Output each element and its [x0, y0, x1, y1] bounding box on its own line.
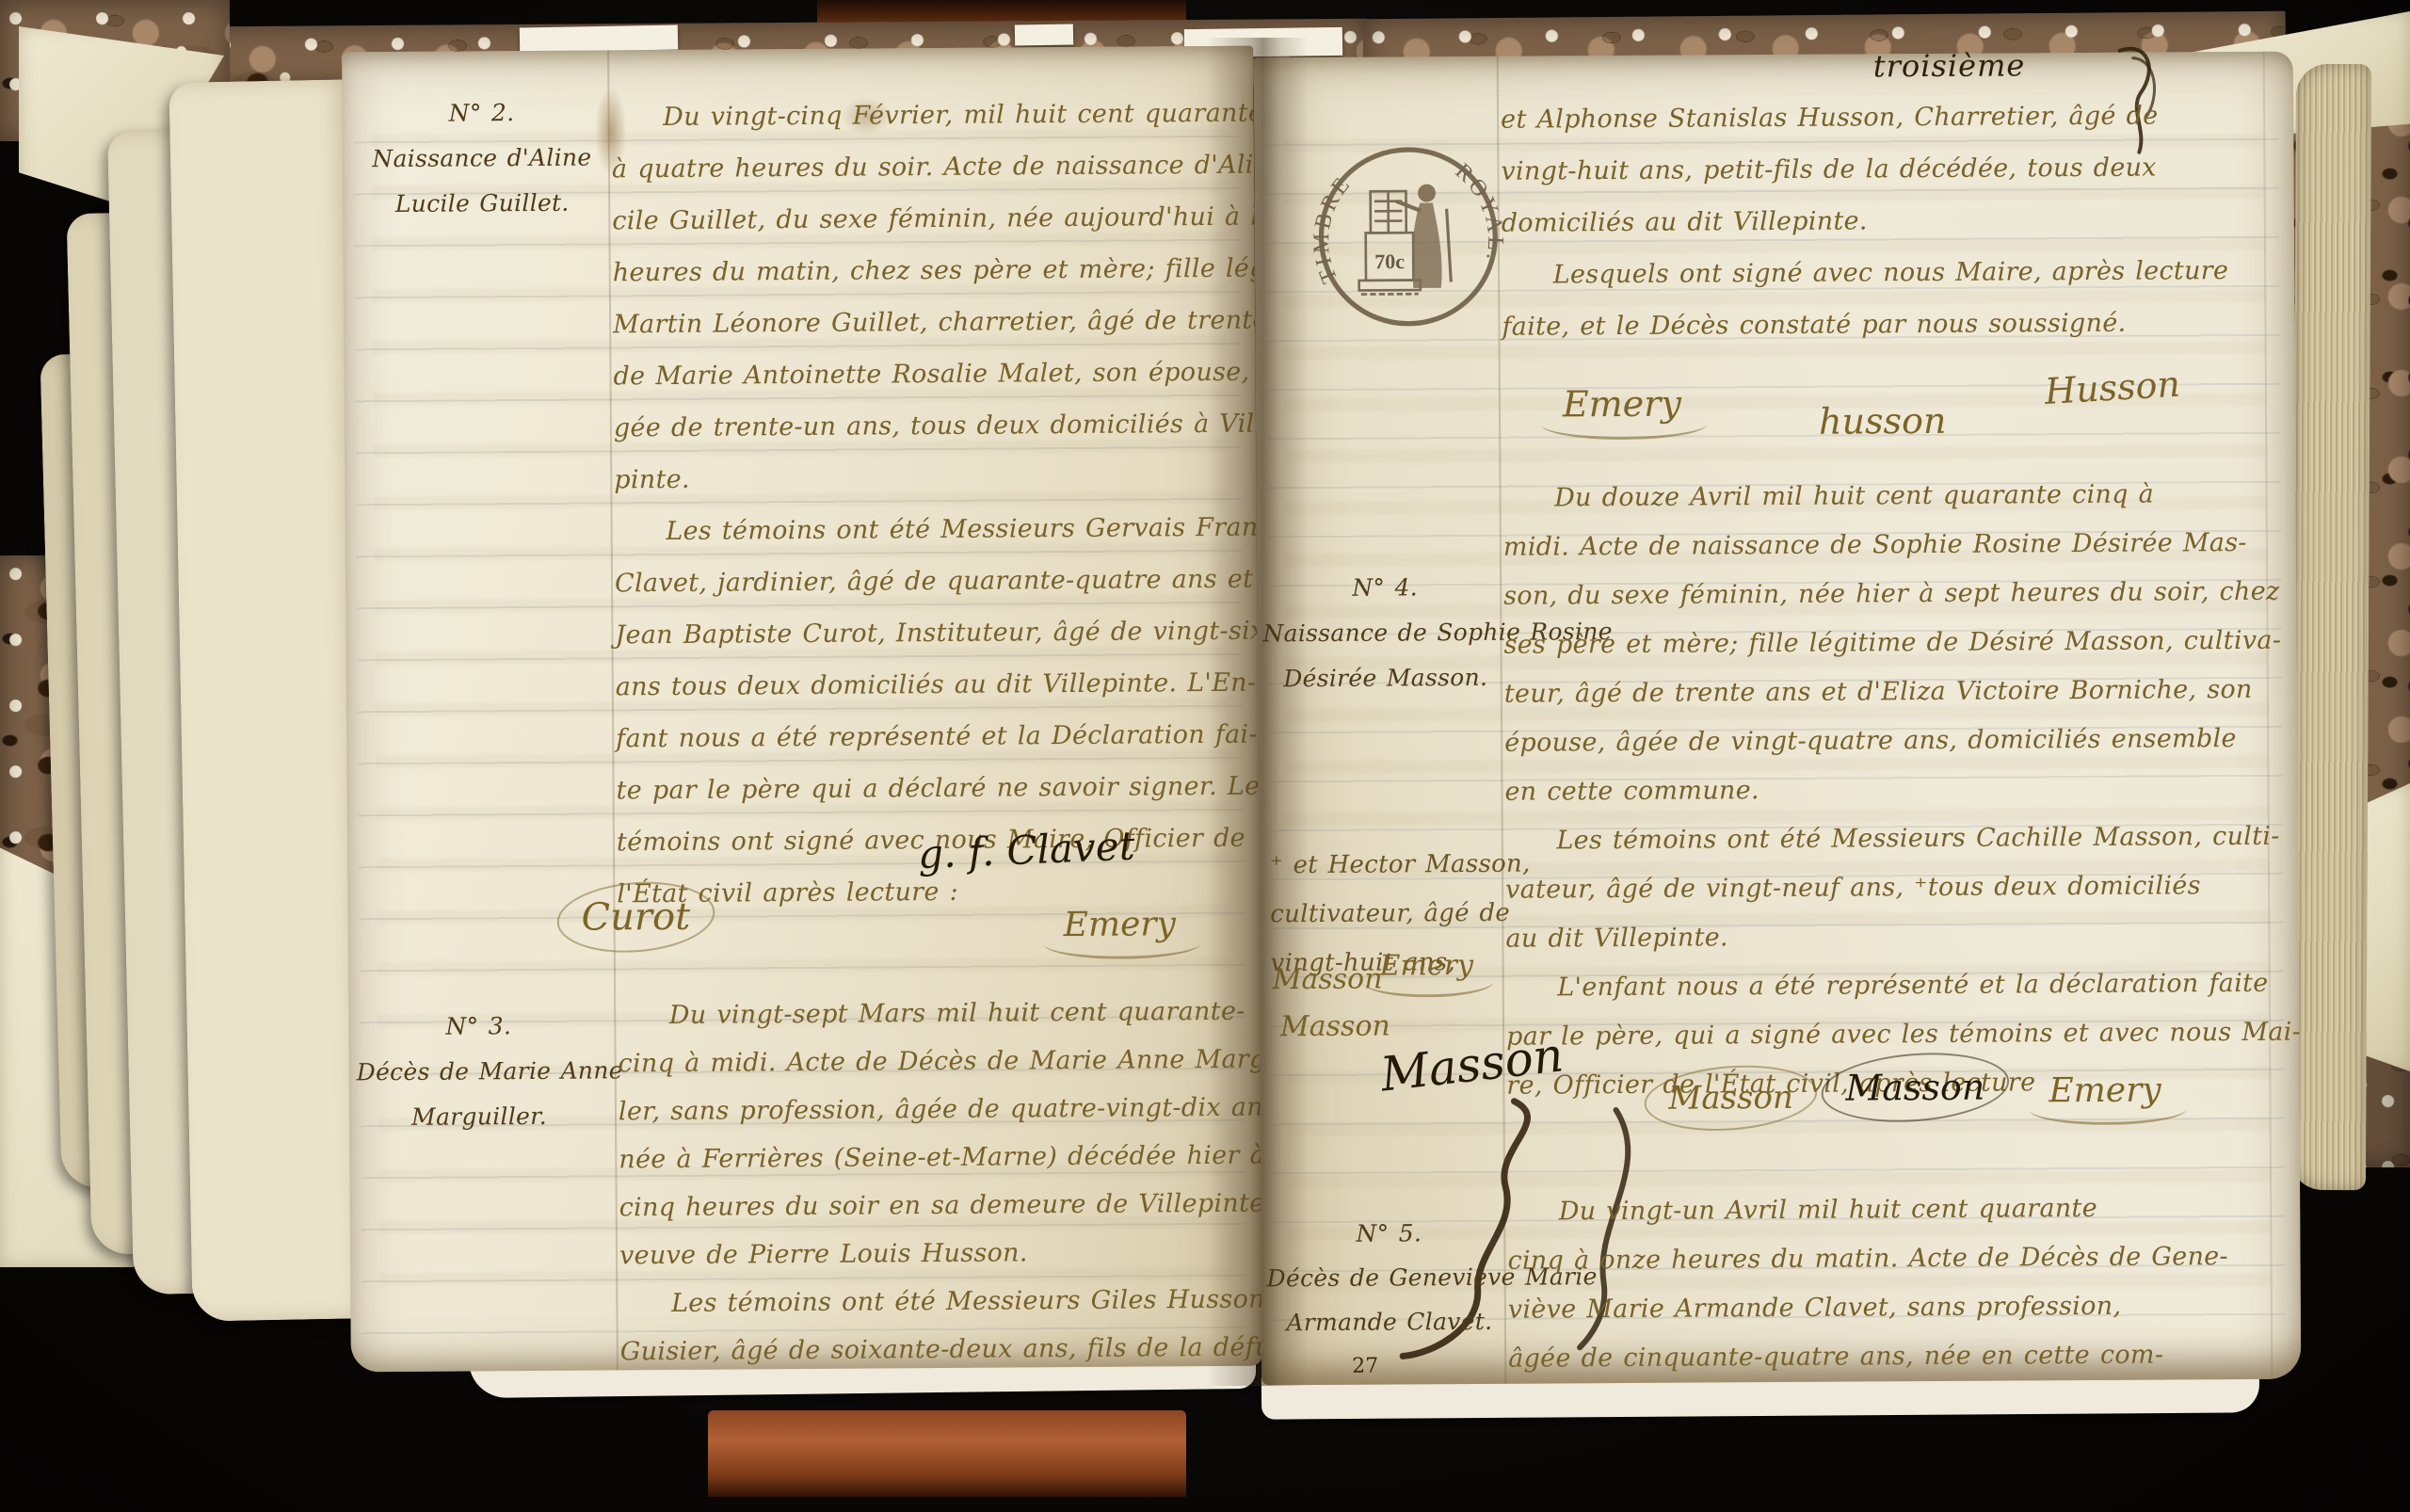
handwritten-line: Décès de Marie Anne	[357, 1048, 602, 1095]
act-record5-body: Du vingt-un Avril mil huit cent quarante…	[1507, 1183, 2261, 1384]
timbre-royal-stamp: TIMBRE ROYAL. 70c	[1309, 137, 1507, 336]
handwritten-line: L'enfant nous a été représenté et la déc…	[1506, 959, 2259, 1013]
handwritten-line: faite, et le Décès constaté par nous sou…	[1502, 297, 2255, 353]
signature-masson: Masson	[1668, 1079, 1793, 1118]
edge-crease	[2263, 52, 2273, 1379]
left-page: N° 2.Naissance d'AlineLucile Guillet. Du…	[342, 46, 1262, 1373]
signature-masson: Masson	[1845, 1067, 1984, 1109]
handwritten-line: Décès de Geneviève Marie	[1266, 1255, 1511, 1301]
handwritten-line: N° 2.	[359, 89, 603, 137]
handwritten-line: ler, sans profession, âgée de quatre-vin…	[619, 1084, 1240, 1136]
handwritten-line: Lucile Guillet.	[360, 180, 604, 227]
handwritten-line: cile Guillet, du sexe féminin, née aujou…	[612, 191, 1233, 248]
handwritten-line: âgée de cinquante-quatre ans, née en cet…	[1508, 1330, 2261, 1384]
handwritten-line: fant nous a été représenté et la Déclara…	[616, 709, 1237, 765]
handwritten-line: Lesquels ont signé avec nous Maire, aprè…	[1502, 245, 2255, 301]
signature-emery: Emery	[1563, 383, 1681, 426]
handwritten-line: Du vingt-un Avril mil huit cent quarante	[1507, 1183, 2260, 1237]
handwritten-line: Naissance de Sophie Rosine	[1262, 610, 1507, 657]
handwritten-line: son, du sexe féminin, née hier à sept he…	[1503, 568, 2257, 621]
handwritten-line: Marguiller.	[357, 1093, 602, 1140]
handwritten-line: ⁺ et Hector Masson,	[1270, 840, 1505, 891]
handwritten-line: ses père et mère; fille légitime de Dési…	[1503, 617, 2257, 670]
handwritten-line: et Alphonse Stanislas Husson, Charretier…	[1501, 89, 2254, 146]
handwritten-line: Guisier, âgé de soixante-deux ans, fils …	[620, 1324, 1242, 1376]
margin-note-record5: N° 5.Décès de Geneviève MarieArmande Cla…	[1266, 1211, 1512, 1345]
page-number: 27	[1352, 1355, 1378, 1378]
handwritten-line: née à Ferrières (Seine-et-Marne) décédée…	[619, 1132, 1240, 1184]
stamp-figure	[1358, 184, 1451, 294]
handwritten-line: Les témoins ont été Messieurs Giles Huss…	[619, 1276, 1241, 1328]
handwritten-line: Armande Clavet.	[1267, 1299, 1512, 1345]
handwritten-line: N° 3.	[356, 1004, 601, 1051]
margin-signature-masson: Masson	[1280, 1010, 1390, 1044]
handwritten-line: domiciliés au dit Villepinte.	[1502, 193, 2255, 249]
act-record2-body: Du vingt-cinq Février, mil huit cent qua…	[611, 88, 1238, 921]
act-record3-continuation: et Alphonse Stanislas Husson, Charretier…	[1501, 89, 2256, 353]
handwritten-line: cinq à onze heures du matin. Acte de Déc…	[1507, 1232, 2260, 1286]
handwritten-line: cinq à midi. Acte de Décès de Marie Anne…	[618, 1036, 1239, 1088]
handwritten-line: vingt-huit ans, petit-fils de la décédée…	[1501, 141, 2254, 198]
margin-note-record3: N° 3.Décès de Marie AnneMarguiller.	[356, 1004, 602, 1141]
handwritten-line: Jean Baptiste Curot, Instituteur, âgé de…	[615, 605, 1236, 662]
handwritten-line: ans tous deux domiciliés au dit Villepin…	[616, 657, 1237, 714]
register-photo-scene: N° 2.Naissance d'AlineLucile Guillet. Du…	[0, 0, 2410, 1512]
handwritten-line: te par le père qui a déclaré ne savoir s…	[616, 761, 1237, 817]
handwritten-line: en cette commune.	[1504, 764, 2257, 817]
handwritten-line: à quatre heures du soir. Acte de naissan…	[612, 139, 1233, 196]
handwritten-line: Du douze Avril mil huit cent quarante ci…	[1502, 470, 2256, 523]
svg-text:ROYAL.: ROYAL.	[1451, 158, 1508, 265]
handwritten-line: Clavet, jardinier, âgé de quarante-quatr…	[615, 554, 1236, 610]
margin-signature-emery: Emery	[1379, 949, 1473, 983]
handwritten-line: viève Marie Armande Clavet, sans profess…	[1508, 1281, 2261, 1335]
svg-text:70c: 70c	[1374, 249, 1405, 273]
handwritten-line: par le père, qui a signé avec les témoin…	[1506, 1008, 2259, 1062]
handwritten-line: cinq heures du soir en sa demeure de Vil…	[619, 1180, 1241, 1232]
handwritten-line: gée de trente-un ans, tous deux domicili…	[614, 398, 1235, 455]
handwritten-line: heures du matin, chez ses père et mère; …	[613, 243, 1234, 299]
handwritten-line: Martin Léonore Guillet, charretier, âgé …	[613, 295, 1234, 351]
handwritten-line: épouse, âgée de vingt-quatre ans, domici…	[1504, 715, 2257, 768]
handwritten-line: de Marie Antoinette Rosalie Malet, son é…	[613, 346, 1234, 403]
handwritten-line: Les témoins ont été Messieurs Cachille M…	[1505, 812, 2258, 866]
handwritten-line: cultivateur, âgé de	[1270, 889, 1505, 940]
handwritten-line: teur, âgé de trente ans et d'Eliza Victo…	[1504, 666, 2257, 719]
act-record4-body: Du douze Avril mil huit cent quarante ci…	[1502, 470, 2259, 1111]
handwritten-line: Désirée Masson.	[1263, 655, 1508, 702]
signature-emery: Emery	[2048, 1071, 2161, 1111]
signature-curot: Curot	[581, 895, 690, 940]
handwritten-line: Du vingt-cinq Février, mil huit cent qua…	[611, 88, 1232, 144]
book-cradle-bottom-wood	[708, 1410, 1186, 1497]
handwritten-line: midi. Acte de naissance de Sophie Rosine…	[1503, 519, 2257, 572]
handwritten-line: Les témoins ont été Messieurs Gervais Fr…	[614, 502, 1235, 558]
margin-note-record2: N° 2.Naissance d'AlineLucile Guillet.	[359, 89, 604, 227]
margin-note-record4: N° 4.Naissance de Sophie RosineDésirée M…	[1262, 565, 1508, 702]
svg-text:TIMBRE: TIMBRE	[1309, 170, 1357, 287]
act-record3-body: Du vingt-sept Mars mil huit cent quarant…	[618, 988, 1242, 1376]
handwritten-line: Naissance d'Aline	[360, 135, 604, 182]
handwritten-line: au dit Villepinte.	[1505, 910, 2258, 964]
handwritten-line: Du vingt-sept Mars mil huit cent quarant…	[618, 988, 1239, 1040]
signature-clavet: g. f. Clavet	[917, 823, 1135, 878]
handwritten-line: N° 4.	[1262, 565, 1507, 612]
signature-husson: Husson	[2044, 363, 2181, 412]
signature-husson: husson	[1819, 400, 1947, 442]
page-block-fore-edge	[2290, 64, 2371, 1190]
handwritten-line: N° 5.	[1266, 1211, 1511, 1257]
handwritten-line: pinte.	[614, 450, 1235, 507]
paper-edge-sliver	[1015, 24, 1073, 45]
handwritten-line: vateur, âgé de vingt-neuf ans, ⁺tous deu…	[1505, 861, 2258, 915]
right-page: troisième TIMBRE ROYAL.	[1254, 52, 2302, 1386]
paper-edge-sliver	[520, 25, 678, 53]
signature-emery: Emery	[1063, 905, 1176, 944]
handwritten-line: veuve de Pierre Louis Husson.	[619, 1228, 1241, 1280]
corner-note-troisieme: troisième	[1873, 47, 2026, 84]
